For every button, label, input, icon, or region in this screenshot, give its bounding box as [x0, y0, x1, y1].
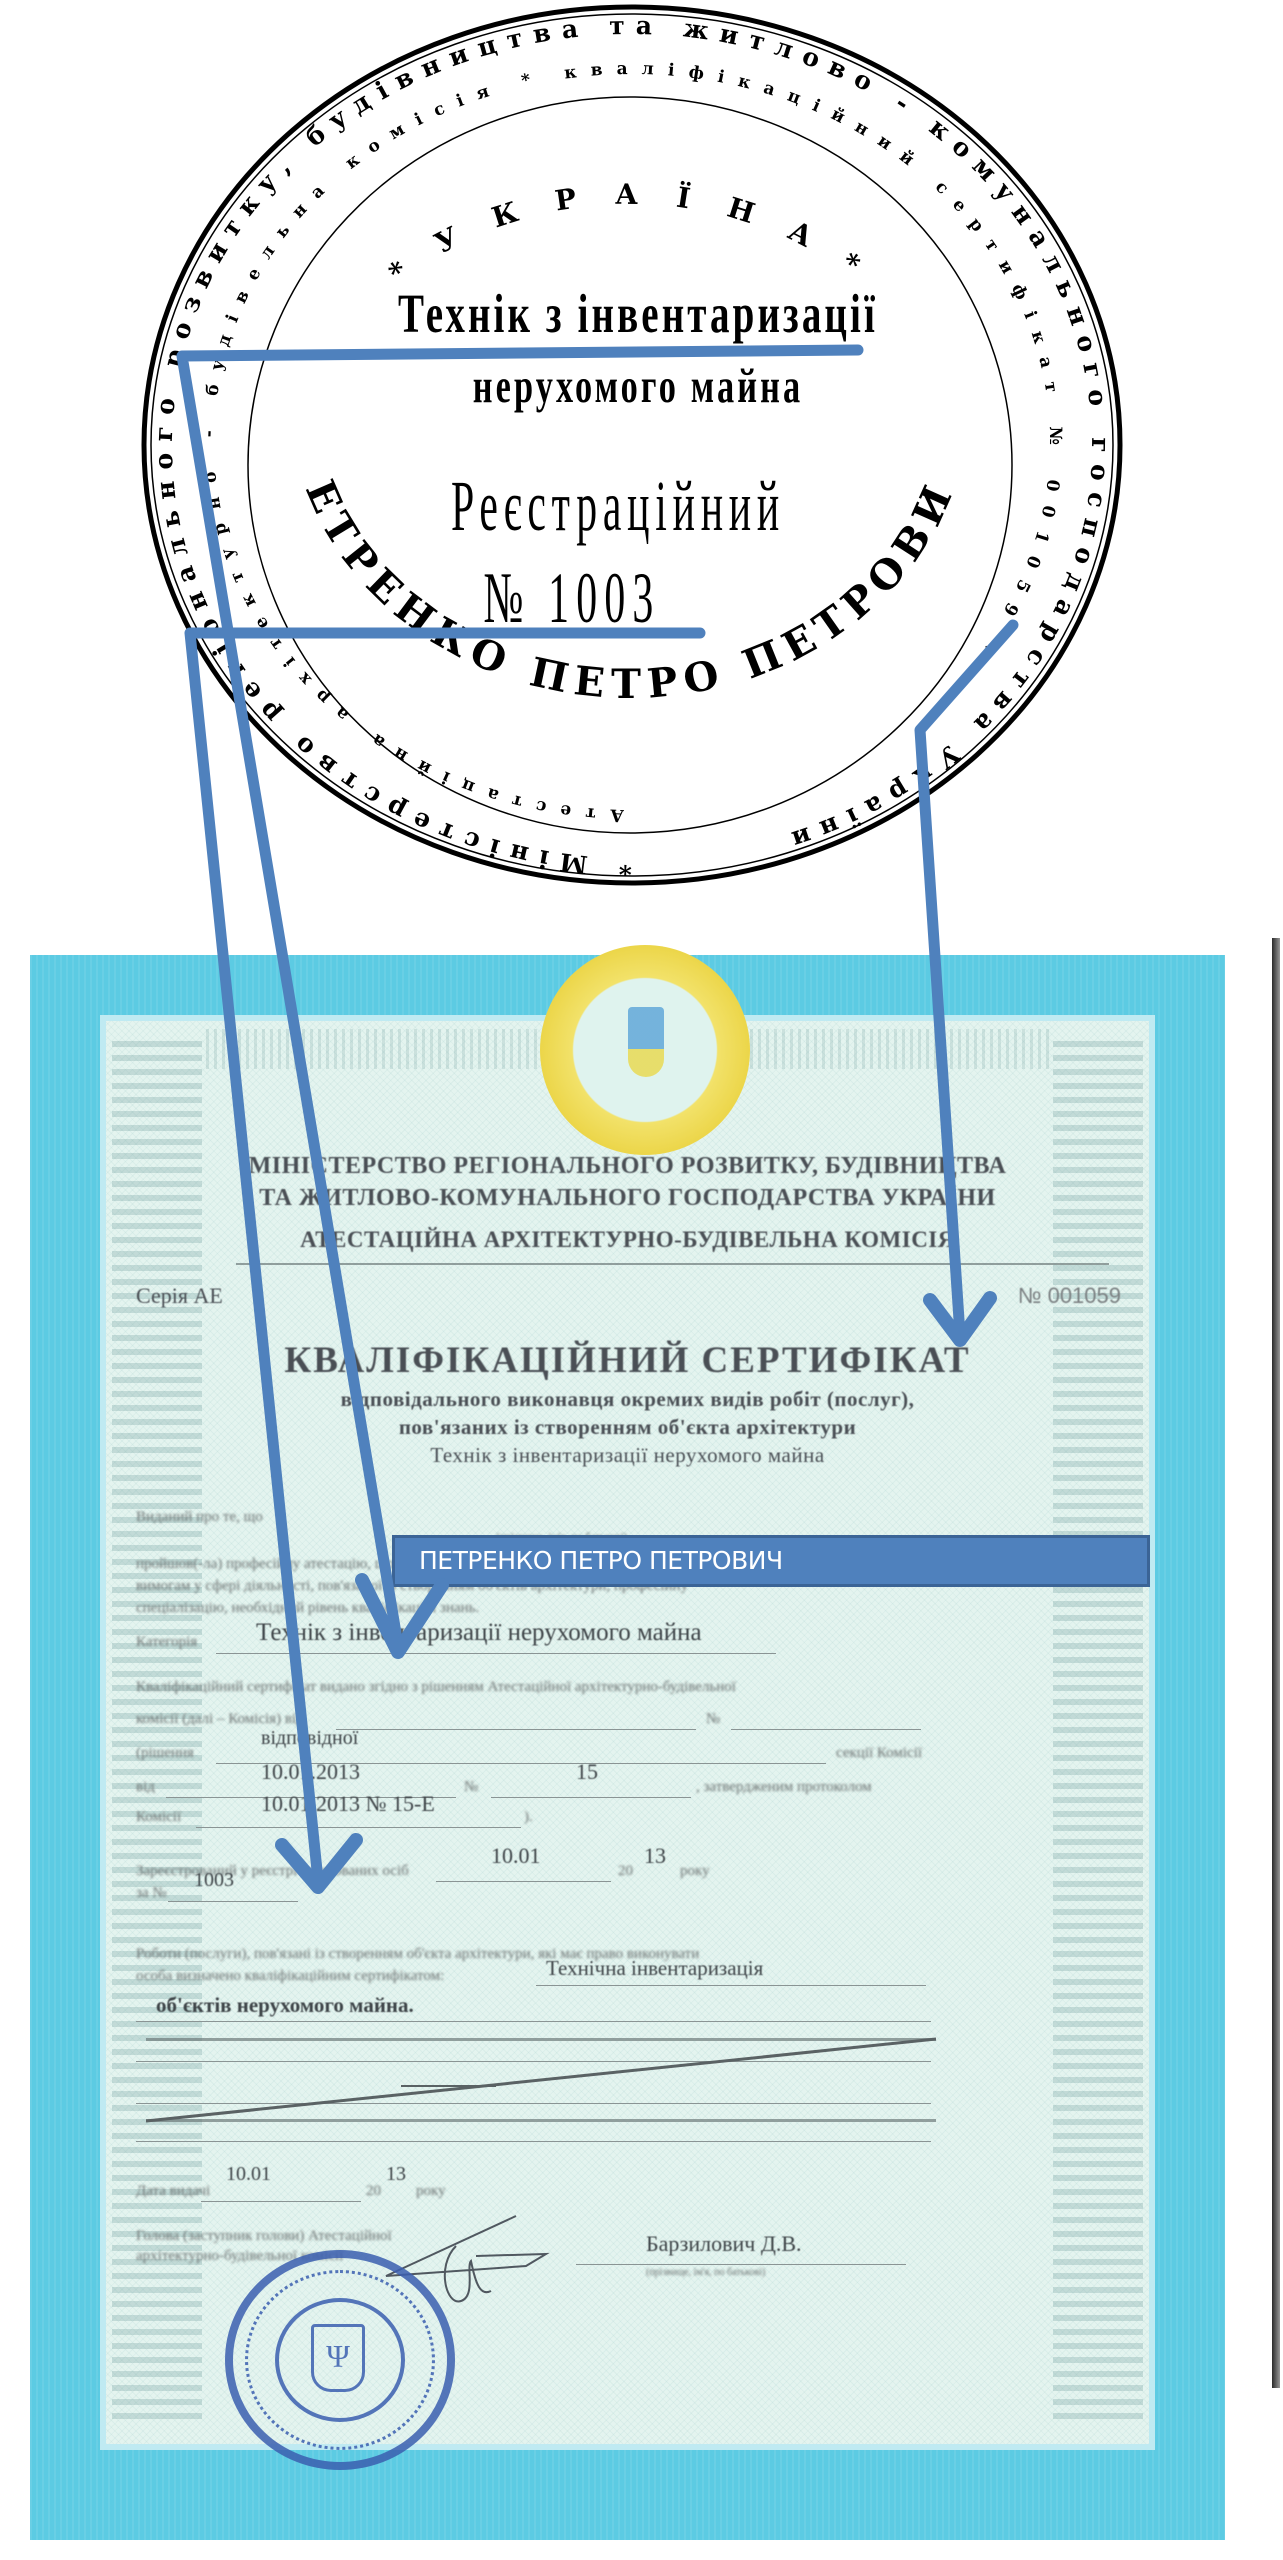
page-edge: [1272, 938, 1280, 2388]
stamp-ukraine-text: * У К Р А Ї Н А *: [383, 178, 878, 290]
protocol-close: ).: [524, 1809, 533, 1826]
from-label: від: [136, 1779, 155, 1796]
certificate-subtitle1: відповідального виконавця окремих видів …: [106, 1387, 1149, 1412]
section-value: відповідної: [261, 1727, 358, 1750]
from-date: 10.01.2013: [261, 1759, 360, 1785]
signer-name: Барзилович Д.В.: [646, 2231, 802, 2257]
stamp-reg-number: № 1003: [484, 557, 661, 638]
category-value: Технік з інвентаризації нерухомого майна: [256, 1619, 702, 1647]
registered-year: 13: [644, 1843, 666, 1869]
commission-title: АТЕСТАЦІЙНА АРХІТЕКТУРНО-БУДІВЕЛЬНА КОМІ…: [106, 1227, 1149, 1253]
strike-through-line: [146, 2031, 946, 2126]
works-text-line2: особа визначено кваліфікаційним сертифік…: [136, 1968, 444, 1985]
registered-label: Зареєстрований у реєстрі атестованих осі…: [136, 1863, 409, 1880]
svg-text:Атестаційна архітектурно - буд: Атестаційна архітектурно - будівельна ко…: [199, 59, 1065, 825]
issue-year-suffix: року: [416, 2183, 446, 2200]
issued-to-label: Виданий про те, що: [136, 1509, 263, 1526]
registered-no-label: за №: [136, 1885, 167, 1902]
signer-caption: (прізвище, ім'я, по батькові): [646, 2267, 765, 2278]
certificate-subtitle2: пов'язаних із створенням об'єкта архітек…: [106, 1415, 1149, 1440]
official-blue-seal: Ψ: [225, 2250, 455, 2470]
registered-no-value: 1003: [194, 1869, 234, 1892]
registered-date: 10.01: [491, 1843, 541, 1869]
certificate-number: № 001059: [1018, 1283, 1121, 1309]
certificate-document: МІНІСТЕРСТВО РЕГІОНАЛЬНОГО РОЗВИТКУ, БУД…: [30, 955, 1225, 2540]
svg-text:* Міністерство регіонального р: * Міністерство регіонального розвитку, б…: [149, 11, 1115, 881]
stamp-reg-label: Реєстраційний: [451, 465, 785, 546]
series-label: Серія АЕ: [136, 1283, 223, 1309]
head-label-line1: Голова (заступник голови) Атестаційної: [136, 2228, 392, 2245]
protocol-value: 10.01.2013 № 15-Е: [261, 1791, 435, 1817]
certificate-title: КВАЛІФІКАЦІЙНИЙ СЕРТИФІКАТ: [106, 1339, 1149, 1382]
from-no-label: №: [464, 1779, 478, 1796]
issue-date-label: Дата видачі: [136, 2183, 210, 2200]
works-value2: об'єктів нерухомого майна.: [156, 1993, 414, 2018]
stamp-title-line1: Технік з інвентаризації: [398, 285, 878, 345]
issue-year-value: 13: [386, 2163, 406, 2186]
decision-no-label: №: [706, 1711, 720, 1728]
ministry-line1: МІНІСТЕРСТВО РЕГІОНАЛЬНОГО РОЗВИТКУ, БУД…: [106, 1153, 1149, 1180]
stamp-outer-ring-text: * Міністерство регіонального розвитку, б…: [149, 11, 1115, 881]
works-value1: Технічна інвентаризація: [546, 1956, 763, 1981]
section-label: (рішення: [136, 1745, 194, 1762]
ministry-line2: ТА ЖИТЛОВО-КОМУНАЛЬНОГО ГОСПОДАРСТВА УКР…: [106, 1185, 1149, 1212]
category-label: Категорія: [136, 1634, 197, 1651]
section-suffix: секції Комісії: [836, 1745, 922, 1762]
trident-icon: Ψ: [311, 2324, 365, 2392]
from-no-value: 15: [576, 1759, 598, 1785]
header-divider: [236, 1263, 1109, 1265]
stamp-middle-ring-text: Атестаційна архітектурно - будівельна ко…: [199, 59, 1065, 825]
commission-label: Комісії: [136, 1809, 181, 1826]
stamp-seal: * Міністерство регіонального розвитку, б…: [0, 0, 1283, 900]
issue-year-prefix: 20: [366, 2183, 381, 2200]
registered-year-suffix: року: [680, 1863, 710, 1880]
trident-icon: [628, 1007, 664, 1077]
certificate-inner-panel: МІНІСТЕРСТВО РЕГІОНАЛЬНОГО РОЗВИТКУ, БУД…: [100, 1015, 1155, 2450]
registered-year-prefix: 20: [618, 1863, 633, 1880]
body-text-line3: спеціалізацію, необхідний рівень кваліфі…: [136, 1600, 479, 1617]
svg-text:* У К Р А Ї Н А *: * У К Р А Ї Н А *: [383, 178, 878, 290]
certificate-subtitle3: Технік з інвентаризації нерухомого майна: [106, 1443, 1149, 1468]
stamp-title-line2: нерухомого майна: [473, 360, 804, 413]
issue-date-value: 10.01: [226, 2163, 271, 2186]
approved-suffix: , затвердженим протоколом: [696, 1779, 872, 1796]
ukraine-emblem-medallion: [540, 945, 750, 1155]
holder-name-banner: ПЕТРЕНКО ПЕТРО ПЕТРОВИЧ: [392, 1535, 1150, 1587]
decision-text-line1: Кваліфікаційний сертифікат видано згідно…: [136, 1679, 736, 1696]
decision-text-line2: комісії (далі – Комісія) від: [136, 1711, 304, 1728]
